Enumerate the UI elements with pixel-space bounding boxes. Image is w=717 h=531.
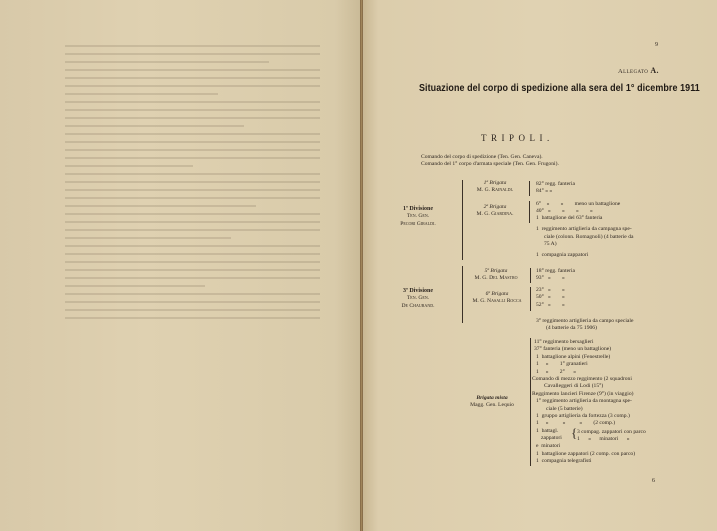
brigade-2-bracket (529, 201, 530, 223)
page-number: 9 (655, 42, 658, 48)
footer-mark: 6 (652, 478, 655, 484)
division-1-bracket (462, 180, 463, 260)
brigade-6-bracket (530, 287, 531, 311)
bleed-through-text (65, 45, 320, 395)
division-3-extra-units: 3° reggimento artiglieria da campo speci… (536, 318, 633, 333)
brigade-1-bracket (529, 181, 530, 196)
division-1-rank: Ten. Gen. (384, 213, 452, 220)
division-3-rank: Ten. Gen. (384, 295, 452, 302)
annex-label: Allegato A. (618, 66, 659, 75)
brigade-5-units: 18° regg. fanteria 93° » » (536, 268, 575, 283)
brigade-6: 6ª Brigata M. G. Nasalli Rocca (462, 291, 532, 306)
brigade-1: 1ª Brigata M. G. Rainaldi. (464, 180, 526, 195)
mixed-brigade-bracket (530, 338, 531, 466)
place-heading: TRIPOLI. (481, 133, 554, 143)
brigade-1-units: 82° regg. fanteria 84° » » (536, 181, 575, 196)
brigade-6-units: 23° » » 50° » » 52° » » (536, 287, 565, 309)
right-page: 9 Allegato A. Situazione del corpo di sp… (364, 0, 717, 531)
mixed-brigade-units: 11° reggimento bersaglieri 37° fanteria … (532, 339, 634, 428)
division-1-block: 1ª Divisione Ten. Gen. Pecori Giraldi. (384, 206, 452, 228)
left-page (0, 0, 365, 531)
engineer-battalion-detail: 3 compag. zappatori con parco 1 » minato… (577, 429, 646, 444)
command-line-2: Comando del 1° corpo d'armata speciale (… (421, 161, 559, 168)
division-1-extra-units: 1 battaglione del 63° fanteria 1 reggime… (536, 215, 633, 259)
division-1-name: 1ª Divisione (384, 206, 452, 213)
mixed-brigade-block: Brigata mista Magg. Gen. Lequio (452, 395, 532, 410)
brigade-5: 5ª Brigata M. G. Del Mastro (464, 268, 528, 283)
division-3-name: 3ª Divisione (384, 288, 452, 295)
engineer-battalion-label: 1 battagl. zappatori e minatori (536, 428, 562, 450)
mixed-brigade-final-units: 1 battaglione zappatori (2 comp. con par… (536, 451, 635, 466)
document-title: Situazione del corpo di spedizione alla … (419, 83, 700, 94)
division-1-commander: Pecori Giraldi. (384, 221, 452, 228)
book-spine (360, 0, 363, 531)
brigade-2: 2ª Brigata M. G. Giardina. (464, 204, 526, 219)
division-3-commander: De Chaurand. (384, 303, 452, 310)
division-3-block: 3ª Divisione Ten. Gen. De Chaurand. (384, 288, 452, 310)
brigade-5-bracket (530, 268, 531, 283)
brigade-2-units: 6° » » meno un battaglione 40° » » » » (536, 201, 620, 216)
